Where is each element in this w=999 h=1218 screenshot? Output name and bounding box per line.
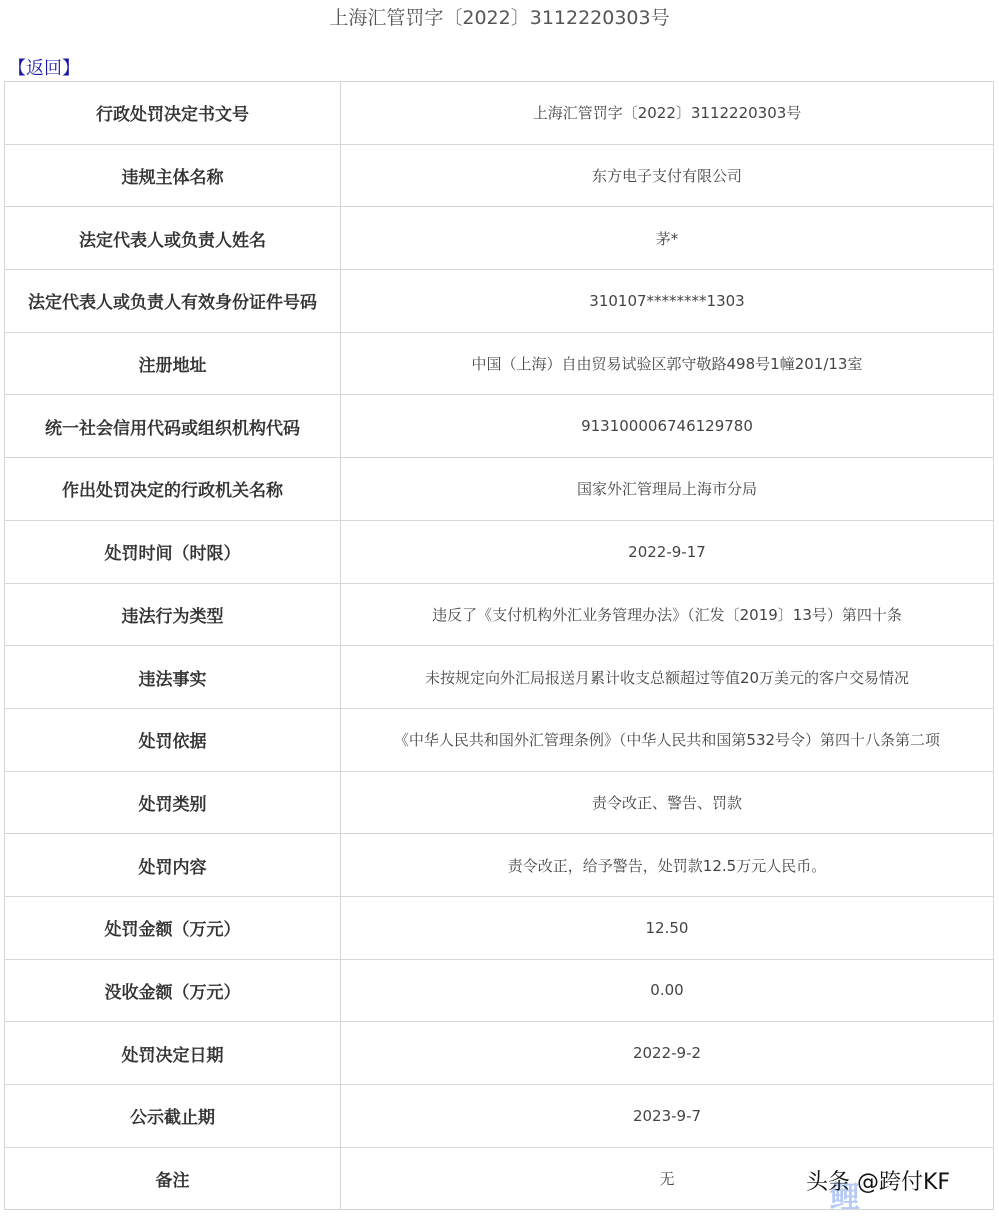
row-value: 《中华人民共和国外汇管理条例》（中华人民共和国第532号令）第四十八条第二项 (341, 708, 994, 771)
table-row: 作出处罚决定的行政机关名称国家外汇管理局上海市分局 (5, 458, 994, 521)
table-row: 处罚时间（时限）2022-9-17 (5, 520, 994, 583)
row-label: 行政处罚决定书文号 (5, 82, 341, 145)
penalty-info-table: 行政处罚决定书文号上海汇管罚字〔2022〕3112220303号 违规主体名称东… (4, 81, 994, 1210)
row-label: 没收金额（万元） (5, 959, 341, 1022)
page-title: 上海汇管罚字〔2022〕3112220303号 (0, 4, 999, 32)
table-row: 法定代表人或负责人姓名茅* (5, 207, 994, 270)
row-value: 12.50 (341, 896, 994, 959)
table-row: 违法事实未按规定向外汇局报送月累计收支总额超过等值20万美元的客户交易情况 (5, 646, 994, 709)
row-value: 上海汇管罚字〔2022〕3112220303号 (341, 82, 994, 145)
row-label: 法定代表人或负责人姓名 (5, 207, 341, 270)
watermark-text: 头条 @跨付KF (806, 1165, 950, 1196)
row-value: 责令改正、警告、罚款 (341, 771, 994, 834)
table-row: 处罚决定日期2022-9-2 (5, 1022, 994, 1085)
row-label: 违法事实 (5, 646, 341, 709)
row-value: 违反了《支付机构外汇业务管理办法》（汇发〔2019〕13号）第四十条 (341, 583, 994, 646)
table-row: 处罚依据《中华人民共和国外汇管理条例》（中华人民共和国第532号令）第四十八条第… (5, 708, 994, 771)
row-label: 违法行为类型 (5, 583, 341, 646)
row-value: 2023-9-7 (341, 1085, 994, 1148)
table-row: 违规主体名称东方电子支付有限公司 (5, 144, 994, 207)
row-label: 处罚时间（时限） (5, 520, 341, 583)
table-row: 法定代表人或负责人有效身份证件号码310107********1303 (5, 270, 994, 333)
row-value: 国家外汇管理局上海市分局 (341, 458, 994, 521)
row-value: 2022-9-17 (341, 520, 994, 583)
row-value: 责令改正，给予警告，处罚款12.5万元人民币。 (341, 834, 994, 897)
row-value: 310107********1303 (341, 270, 994, 333)
row-label: 备注 (5, 1147, 341, 1210)
table-row: 处罚内容责令改正，给予警告，处罚款12.5万元人民币。 (5, 834, 994, 897)
row-label: 处罚决定日期 (5, 1022, 341, 1085)
table-row: 违法行为类型违反了《支付机构外汇业务管理办法》（汇发〔2019〕13号）第四十条 (5, 583, 994, 646)
row-label: 作出处罚决定的行政机关名称 (5, 458, 341, 521)
table-row: 公示截止期2023-9-7 (5, 1085, 994, 1148)
row-value: 913100006746129780 (341, 395, 994, 458)
row-label: 处罚类别 (5, 771, 341, 834)
table-row: 行政处罚决定书文号上海汇管罚字〔2022〕3112220303号 (5, 82, 994, 145)
row-label: 违规主体名称 (5, 144, 341, 207)
table-row: 没收金额（万元）0.00 (5, 959, 994, 1022)
table-row: 处罚金额（万元）12.50 (5, 896, 994, 959)
row-value: 未按规定向外汇局报送月累计收支总额超过等值20万美元的客户交易情况 (341, 646, 994, 709)
back-link[interactable]: 【返回】 (8, 57, 80, 81)
row-label: 处罚依据 (5, 708, 341, 771)
row-value: 2022-9-2 (341, 1022, 994, 1085)
row-label: 公示截止期 (5, 1085, 341, 1148)
row-label: 处罚金额（万元） (5, 896, 341, 959)
row-label: 法定代表人或负责人有效身份证件号码 (5, 270, 341, 333)
row-label: 注册地址 (5, 332, 341, 395)
row-label: 处罚内容 (5, 834, 341, 897)
row-value: 中国（上海）自由贸易试验区郭守敬路498号1幢201/13室 (341, 332, 994, 395)
row-value: 东方电子支付有限公司 (341, 144, 994, 207)
table-row: 处罚类别责令改正、警告、罚款 (5, 771, 994, 834)
table-row: 注册地址中国（上海）自由贸易试验区郭守敬路498号1幢201/13室 (5, 332, 994, 395)
row-label: 统一社会信用代码或组织机构代码 (5, 395, 341, 458)
row-value: 茅* (341, 207, 994, 270)
row-value: 0.00 (341, 959, 994, 1022)
table-row: 统一社会信用代码或组织机构代码913100006746129780 (5, 395, 994, 458)
